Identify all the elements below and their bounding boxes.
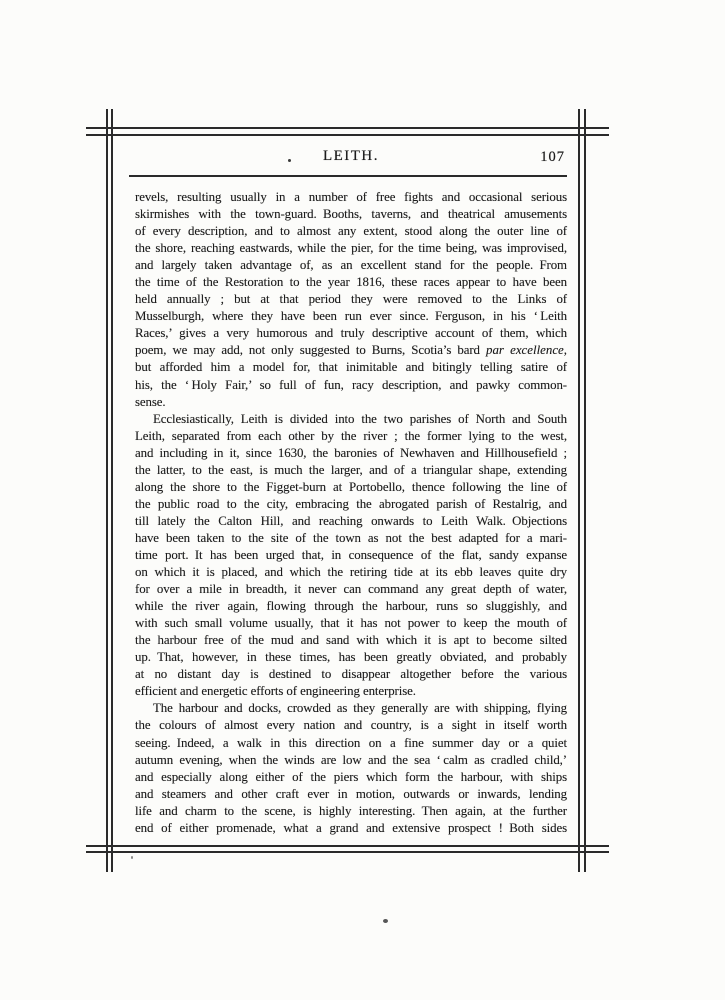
text-line: up. That, however, in these times, has b…: [135, 649, 567, 666]
text-line: held annually ; but at that period they …: [135, 291, 567, 308]
text-line: Leith, separated from each other by the …: [135, 428, 567, 445]
text-line: the shore, reaching eastwards, while the…: [135, 240, 567, 257]
text-line: efficient and energetic efforts of engin…: [135, 683, 567, 700]
frame-rule-top-outer: [86, 127, 609, 129]
text-line: the public road to the city, embracing t…: [135, 496, 567, 513]
text-line: poem, we may add, not only suggested to …: [135, 342, 567, 359]
text-line: Races,’ gives a very humorous and truly …: [135, 325, 567, 342]
frame-rule-right-outer: [584, 109, 586, 872]
text-line: the latter, to the east, is much the lar…: [135, 462, 567, 479]
text-line: and including in it, since 1630, the bar…: [135, 445, 567, 462]
frame-rule-top-inner: [86, 134, 609, 136]
text-line: along the shore to the Figget-burn at Po…: [135, 479, 567, 496]
paragraph: Ecclesiastically, Leith is divided into …: [135, 411, 567, 701]
book-page: LEITH. 107 revels, resulting usually in …: [0, 0, 725, 1000]
text-line: revels, resulting usually in a number of…: [135, 189, 567, 206]
text-line: Musselburgh, where they have been run ev…: [135, 308, 567, 325]
running-head: LEITH. 107: [135, 148, 567, 165]
scan-speck: [131, 856, 133, 859]
text-line: have been taken to the site of the town …: [135, 530, 567, 547]
text-line: time port. It has been urged that, in co…: [135, 547, 567, 564]
running-head-rule: [129, 175, 567, 177]
scan-speck: [288, 159, 291, 162]
text-line: and largely taken advantage of, as an ex…: [135, 257, 567, 274]
text-line: of every description, and to almost any …: [135, 223, 567, 240]
text-line: life and charm to the scene, is highly i…: [135, 803, 567, 820]
frame-rule-left-inner: [111, 109, 113, 872]
text-line: skirmishes with the town-guard. Booths, …: [135, 206, 567, 223]
body-text: revels, resulting usually in a number of…: [135, 189, 567, 837]
frame-rule-bottom-outer: [86, 851, 609, 853]
text-line: sense.: [135, 394, 567, 411]
text-line: the colours of almost every nation and c…: [135, 717, 567, 734]
text-line: Ecclesiastically, Leith is divided into …: [135, 411, 567, 428]
text-line: while the river again, flowing through t…: [135, 598, 567, 615]
text-line: his, the ‘ Holy Fair,’ so full of fun, r…: [135, 377, 567, 394]
text-line: autumn evening, when the winds are low a…: [135, 752, 567, 769]
text-line: The harbour and docks, crowded as they g…: [135, 700, 567, 717]
paragraph: revels, resulting usually in a number of…: [135, 189, 567, 411]
text-line: seeing. Indeed, a walk in this direction…: [135, 735, 567, 752]
frame-rule-bottom-inner: [86, 845, 609, 847]
text-line: on which it is placed, and which the ret…: [135, 564, 567, 581]
page-number: 107: [540, 149, 565, 166]
scan-speck: [383, 919, 388, 923]
page-title: LEITH.: [323, 148, 379, 164]
text-line: with such small volume usually, that it …: [135, 615, 567, 632]
text-line: for over a mile in breadth, it never can…: [135, 581, 567, 598]
text-line: end of either promenade, what a grand an…: [135, 820, 567, 837]
text-line: till lately the Calton Hill, and reachin…: [135, 513, 567, 530]
text-line: at no distant day is destined to disappe…: [135, 666, 567, 683]
text-line: the time of the Restoration to the year …: [135, 274, 567, 291]
text-line: and especially along either of the piers…: [135, 769, 567, 786]
paragraph: The harbour and docks, crowded as they g…: [135, 700, 567, 836]
frame-rule-right-inner: [578, 109, 580, 872]
text-line: the harbour free of the mud and sand wit…: [135, 632, 567, 649]
text-line: and steamers and other craft ever in mot…: [135, 786, 567, 803]
text-line: but afforded him a model for, that inimi…: [135, 359, 567, 376]
frame-rule-left-outer: [106, 109, 108, 872]
